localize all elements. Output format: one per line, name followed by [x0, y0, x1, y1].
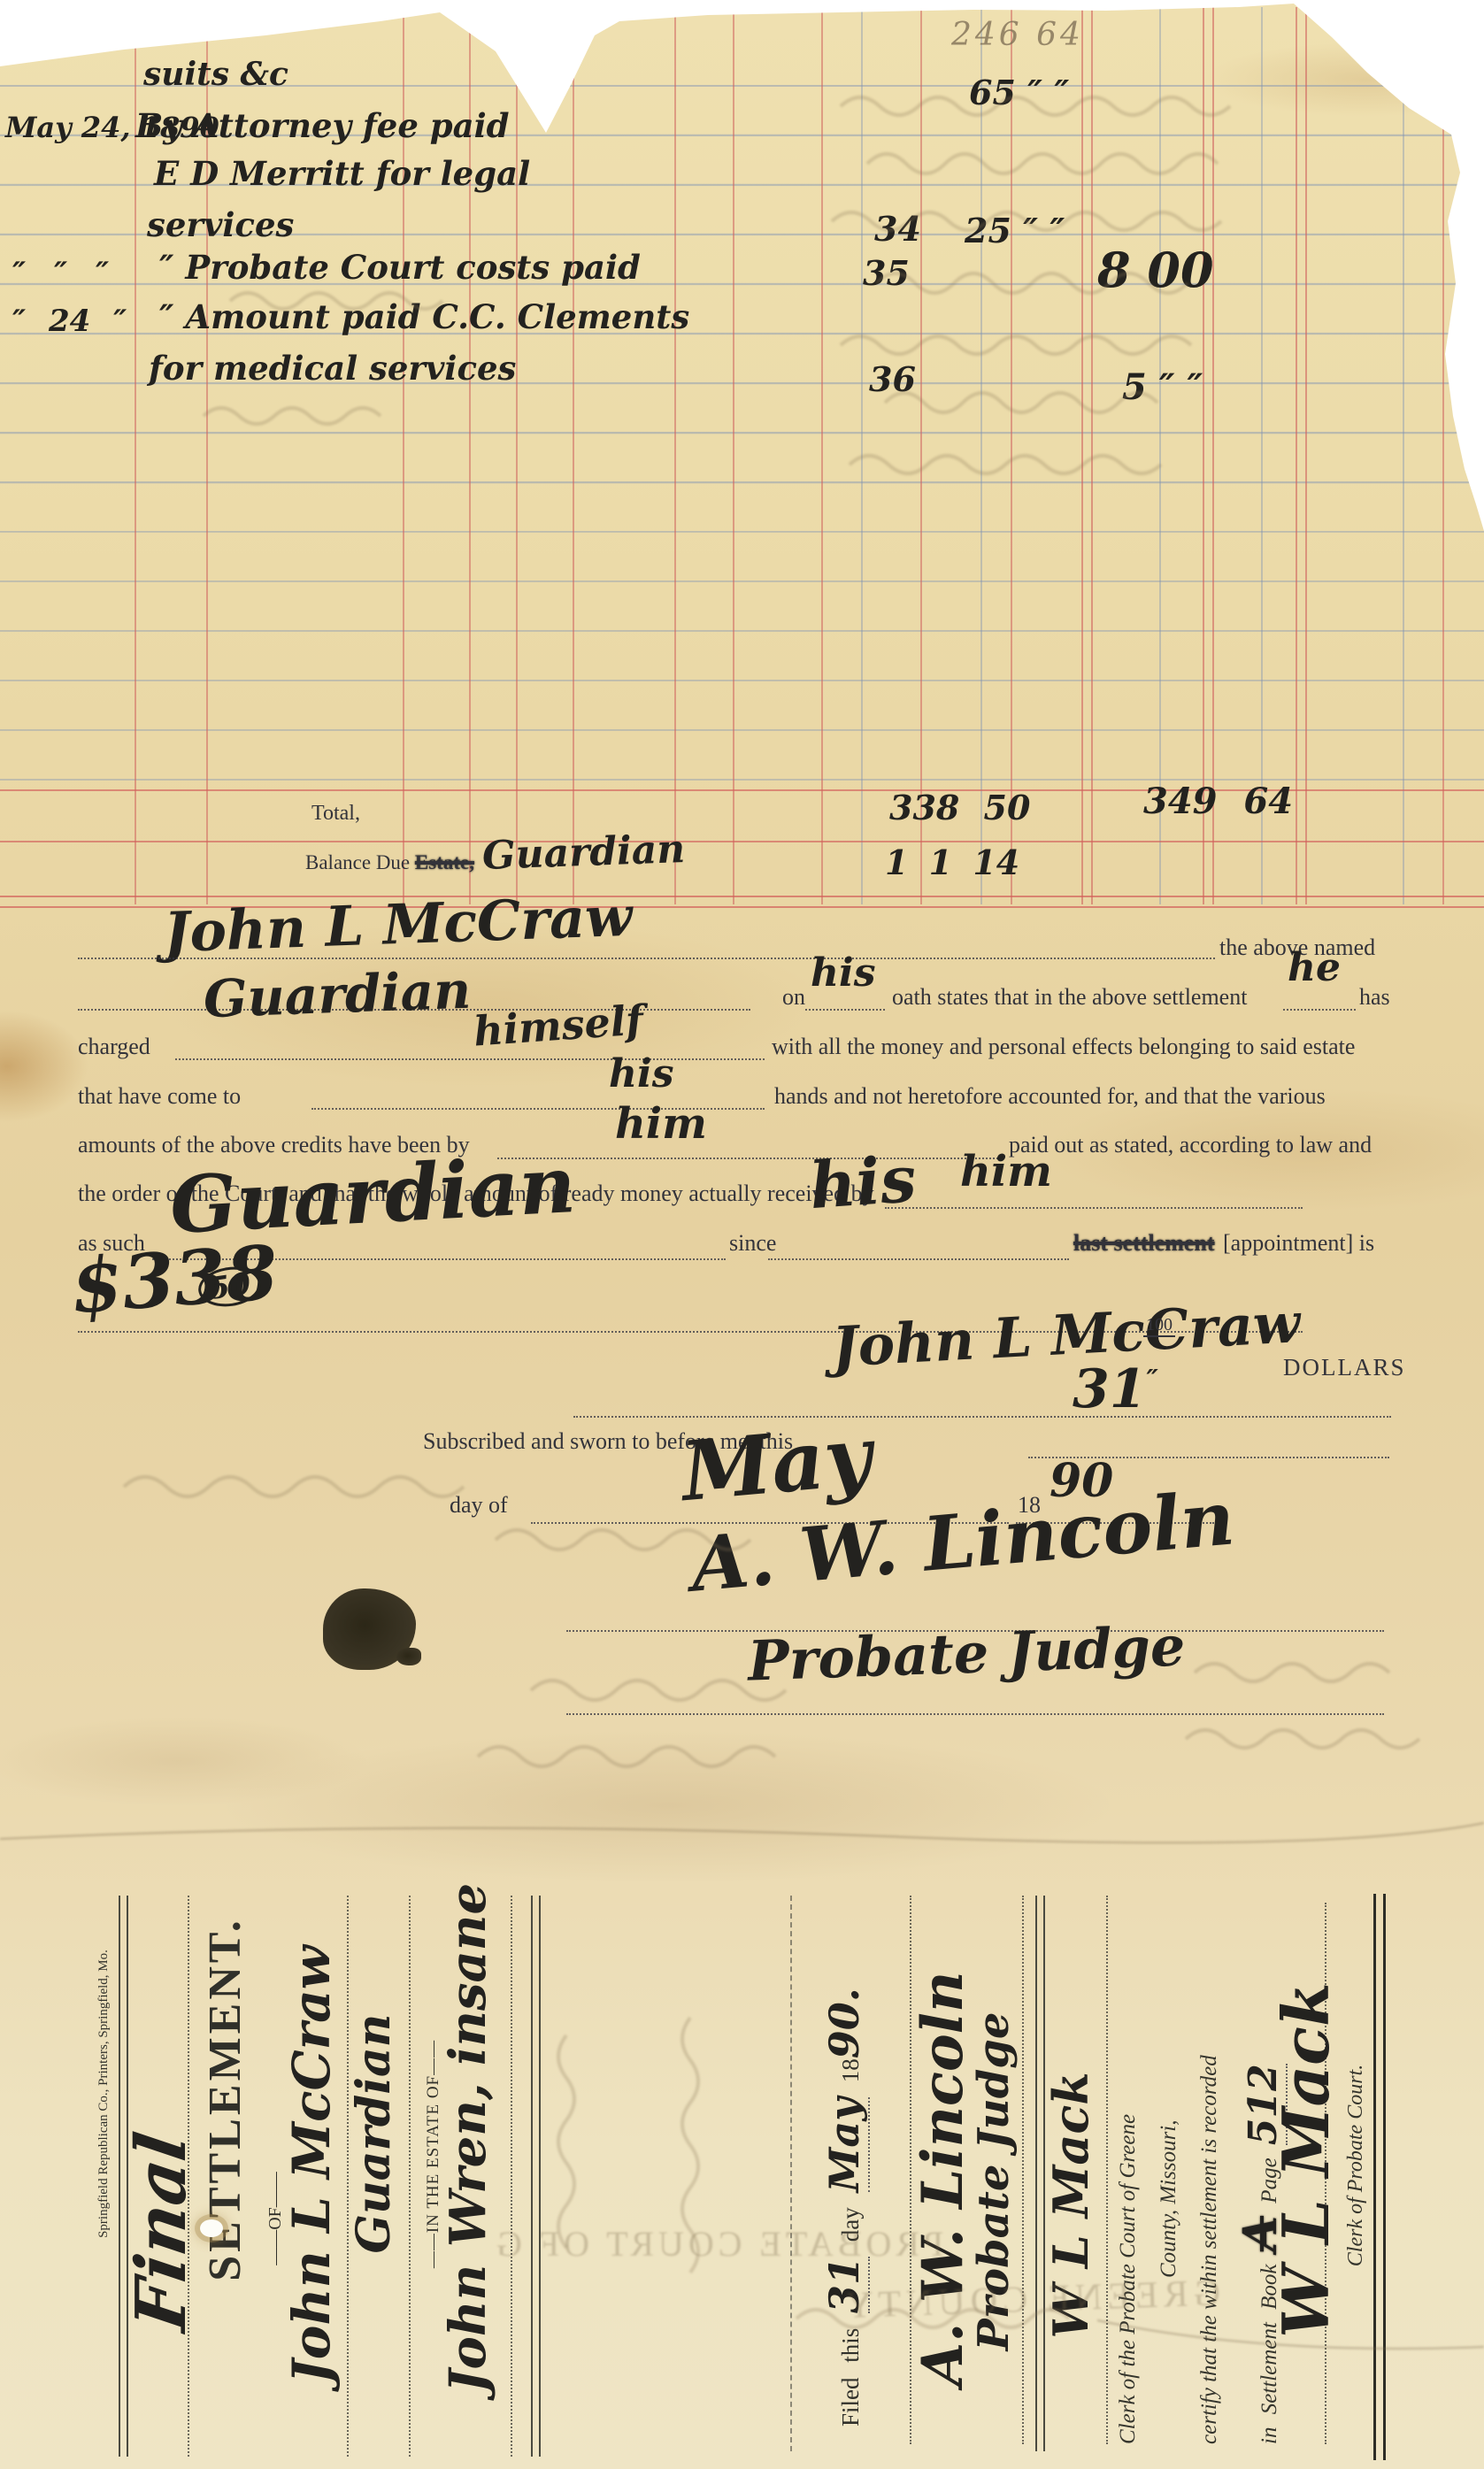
scanned-document-page: 246 64 suits &c 65 ″ ″ May 24, 1890 By A… — [0, 0, 1484, 2469]
ghost-scribbles — [0, 0, 1484, 2469]
paper-sheet: 246 64 suits &c 65 ″ ″ May 24, 1890 By A… — [0, 0, 1484, 2469]
